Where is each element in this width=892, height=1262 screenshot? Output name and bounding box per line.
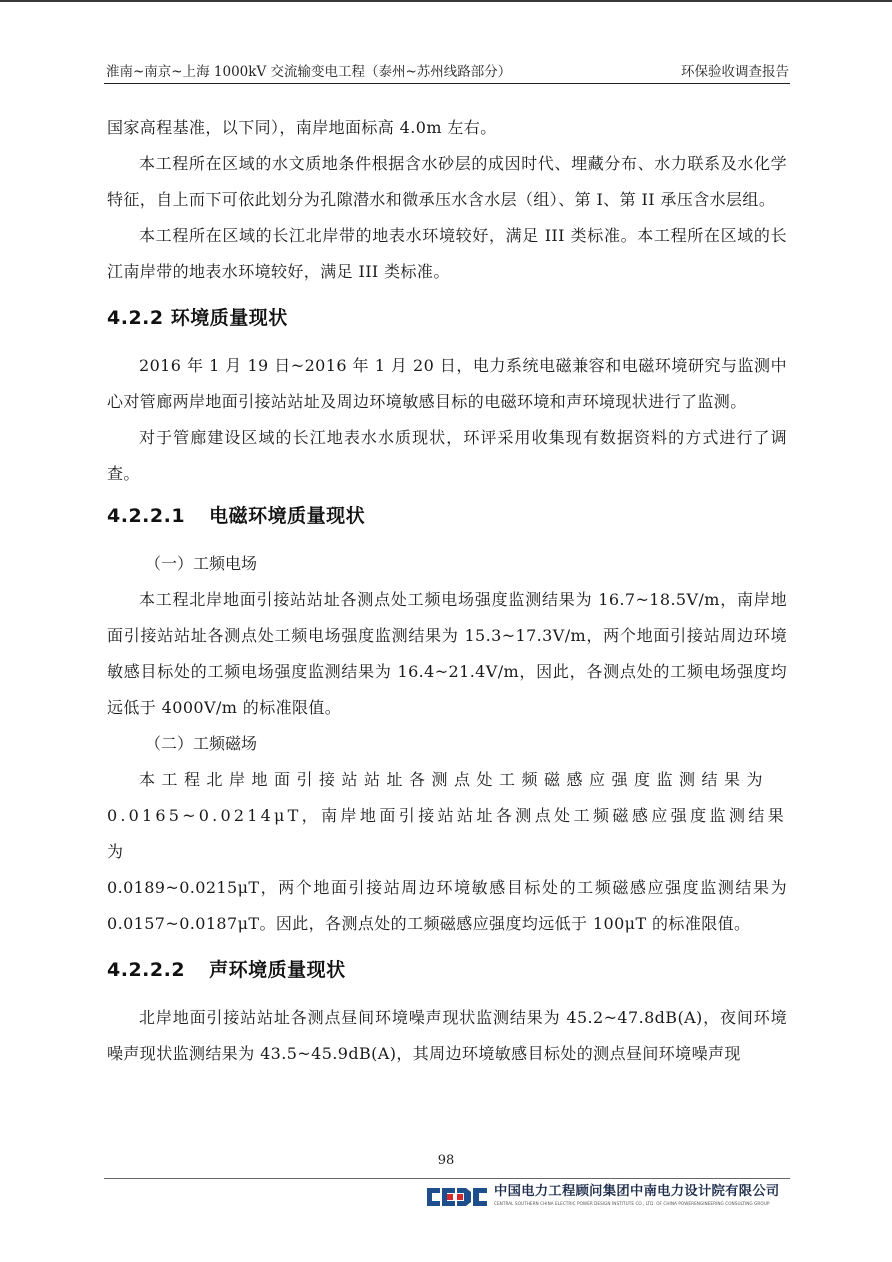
paragraph-electric-field-results: 本工程北岸地面引接站站址各测点处工频电场强度监测结果为 16.7~18.5V/m…	[107, 582, 787, 726]
paragraph-magnetic-field-line2: 0.0165~0.0214μT，南岸地面引接站站址各测点处工频磁感应强度监测结果…	[107, 798, 787, 870]
header-project-title: 淮南~南京~上海 1000kV 交流输变电工程（泰州~苏州线路部分）	[106, 62, 511, 82]
paragraph-magnetic-field-line1: 本工程北岸地面引接站站址各测点处工频磁感应强度监测结果为	[107, 762, 787, 798]
subheading-power-frequency-magnetic-field: （二）工频磁场	[107, 726, 787, 762]
page-body: 国家高程基准，以下同），南岸地面标高 4.0m 左右。 本工程所在区域的水文质地…	[107, 110, 787, 1072]
company-name-english: CENTRAL SOUTHERN CHINA ELECTRIC POWER DE…	[494, 1201, 769, 1207]
page-number: 98	[0, 1153, 892, 1168]
section-number: 4.2.2	[107, 300, 164, 336]
section-title: 环境质量现状	[171, 307, 288, 329]
header-report-type: 环保验收调查报告	[681, 62, 789, 82]
section-title: 电磁环境质量现状	[209, 505, 365, 527]
footer-divider	[104, 1178, 790, 1179]
company-name-chinese: 中国电力工程顾问集团中南电力设计院有限公司	[494, 1184, 780, 1200]
company-branding: 中国电力工程顾问集团中南电力设计院有限公司 CENTRAL SOUTHERN C…	[426, 1184, 788, 1210]
paragraph-surface-water: 本工程所在区域的长江北岸带的地表水环境较好，满足 III 类标准。本工程所在区域…	[107, 218, 787, 290]
section-heading-4-2-2-1: 4.2.2.1 电磁环境质量现状	[107, 498, 787, 534]
section-heading-4-2-2-2: 4.2.2.2 声环境质量现状	[107, 952, 787, 988]
page-top-edge	[0, 0, 892, 2]
running-header: 淮南~南京~上海 1000kV 交流输变电工程（泰州~苏州线路部分） 环保验收调…	[106, 62, 789, 82]
paragraph-magnetic-field-line3: 0.0189~0.0215μT，两个地面引接站周边环境敏感目标处的工频磁感应强度…	[107, 870, 787, 942]
section-heading-4-2-2: 4.2.2 环境质量现状	[107, 300, 787, 336]
header-divider	[104, 83, 790, 84]
paragraph-elevation: 国家高程基准，以下同），南岸地面标高 4.0m 左右。	[107, 110, 787, 146]
paragraph-noise-results: 北岸地面引接站站址各测点昼间环境噪声现状监测结果为 45.2~47.8dB(A)…	[107, 1000, 787, 1072]
cedc-logo-icon	[426, 1185, 488, 1209]
section-number: 4.2.2.2	[107, 952, 202, 988]
section-number: 4.2.2.1	[107, 498, 202, 534]
subheading-power-frequency-electric-field: （一）工频电场	[107, 546, 787, 582]
paragraph-monitoring-dates: 2016 年 1 月 19 日~2016 年 1 月 20 日，电力系统电磁兼容…	[107, 348, 787, 420]
paragraph-hydrogeology: 本工程所在区域的水文质地条件根据含水砂层的成因时代、埋藏分布、水力联系及水化学特…	[107, 146, 787, 218]
paragraph-water-survey: 对于管廊建设区域的长江地表水水质现状，环评采用收集现有数据资料的方式进行了调查。	[107, 420, 787, 492]
section-title: 声环境质量现状	[209, 959, 346, 981]
